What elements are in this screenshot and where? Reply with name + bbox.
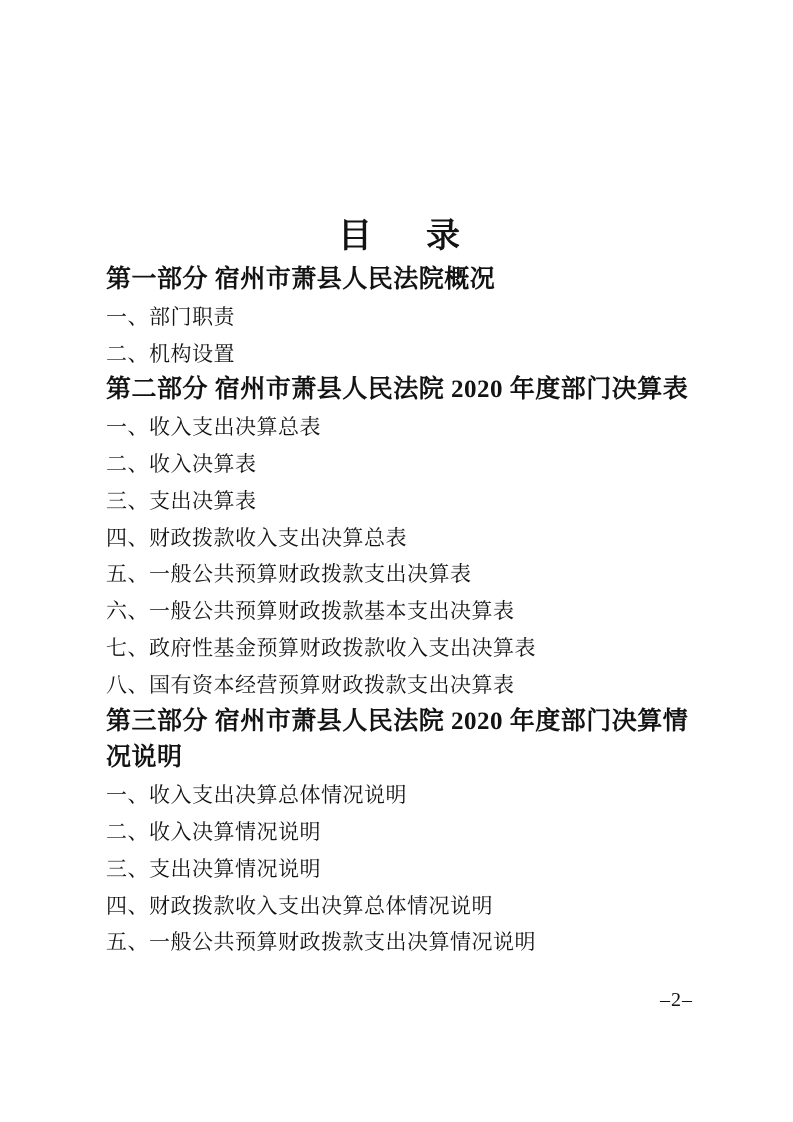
toc-item: 七、政府性基金预算财政拨款收入支出决算表 (106, 630, 702, 667)
document-page: 目 录 第一部分 宿州市萧县人民法院概况一、部门职责二、机构设置第二部分 宿州市… (0, 0, 793, 1122)
toc-item: 一、部门职责 (106, 299, 702, 336)
toc-item: 三、支出决算表 (106, 483, 702, 520)
section-heading: 第三部分 宿州市萧县人民法院 2020 年度部门决算情况说明 (106, 704, 702, 778)
toc-item: 二、机构设置 (106, 336, 702, 373)
toc-item: 二、收入决算情况说明 (106, 814, 702, 851)
toc-item: 六、一般公共预算财政拨款基本支出决算表 (106, 593, 702, 630)
page-title: 目 录 (106, 216, 702, 258)
toc-item: 四、财政拨款收入支出决算总表 (106, 520, 702, 557)
section-heading: 第二部分 宿州市萧县人民法院 2020 年度部门决算表 (106, 372, 702, 409)
toc-item: 二、收入决算表 (106, 446, 702, 483)
toc-item: 五、一般公共预算财政拨款支出决算表 (106, 556, 702, 593)
toc-item: 八、国有资本经营预算财政拨款支出决算表 (106, 667, 702, 704)
section-heading: 第一部分 宿州市萧县人民法院概况 (106, 262, 702, 299)
toc-item: 四、财政拨款收入支出决算总体情况说明 (106, 888, 702, 925)
page-number: –2– (660, 989, 693, 1012)
toc-item: 三、支出决算情况说明 (106, 851, 702, 888)
table-of-contents: 第一部分 宿州市萧县人民法院概况一、部门职责二、机构设置第二部分 宿州市萧县人民… (106, 262, 702, 961)
toc-item: 一、收入支出决算总体情况说明 (106, 777, 702, 814)
toc-item: 五、一般公共预算财政拨款支出决算情况说明 (106, 924, 702, 961)
toc-item: 一、收入支出决算总表 (106, 409, 702, 446)
